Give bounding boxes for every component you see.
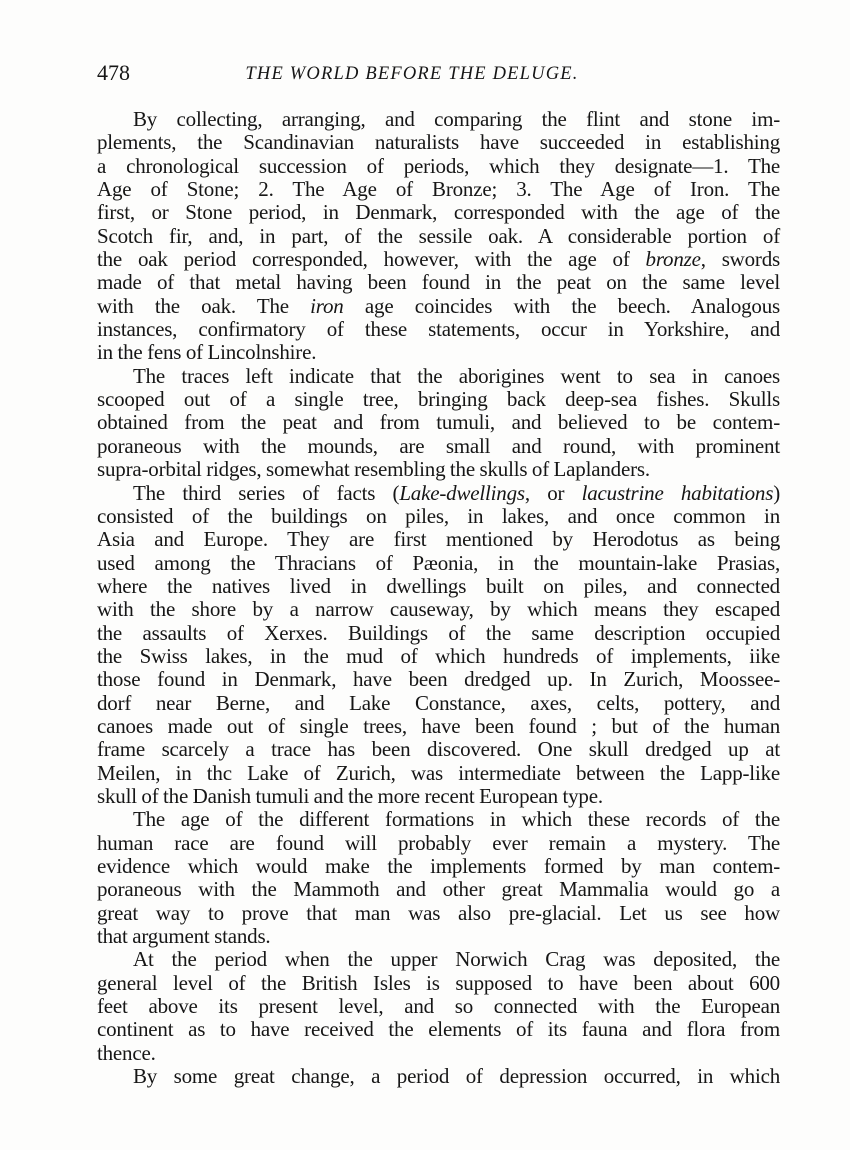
text-line: Scotch fir, and, in part, of the sessile… (97, 225, 780, 248)
text-line: Age of Stone; 2. The Age of Bronze; 3. T… (97, 178, 780, 201)
text-line: supra-orbital ridges, somewhat resemblin… (97, 458, 780, 481)
text-line: poraneous with the mounds, are small and… (97, 435, 780, 458)
text-line: with the shore by a narrow causeway, by … (97, 598, 780, 621)
text-line: skull of the Danish tumuli and the more … (97, 785, 780, 808)
italic-term: lacustrine habitations (582, 481, 774, 505)
running-head: 478 THE WORLD BEFORE THE DELUGE. (97, 58, 780, 88)
text-line: At the period when the upper Norwich Cra… (97, 948, 780, 971)
text-line: plements, the Scandinavian naturalists h… (97, 131, 780, 154)
text-line: the oak period corresponded, however, wi… (97, 248, 780, 271)
italic-term: bronze (646, 247, 701, 271)
text-line: frame scarcely a trace has been discover… (97, 738, 780, 761)
italic-term: Lake-dwellings (399, 481, 525, 505)
paragraph: The traces left indicate that the aborig… (97, 365, 780, 482)
text-line: instances, confirmatory of these stateme… (97, 318, 780, 341)
text-line: a chronological succession of periods, w… (97, 155, 780, 178)
text-line: thence. (97, 1042, 780, 1065)
text-line: those found in Denmark, have been dredge… (97, 668, 780, 691)
text-line: canoes made out of single trees, have be… (97, 715, 780, 738)
text-line: poraneous with the Mammoth and other gre… (97, 878, 780, 901)
paragraph: At the period when the upper Norwich Cra… (97, 948, 780, 1065)
text-line: general level of the British Isles is su… (97, 972, 780, 995)
paragraph: The third series of facts (Lake-dwelling… (97, 482, 780, 809)
text-line: where the natives lived in dwellings bui… (97, 575, 780, 598)
body-text: By collecting, arranging, and comparing … (97, 108, 780, 1088)
paragraph: By some great change, a period of depres… (97, 1065, 780, 1088)
text-line: evidence which would make the implements… (97, 855, 780, 878)
text-line: By collecting, arranging, and comparing … (97, 108, 780, 131)
text-line: Asia and Europe. They are first mentione… (97, 528, 780, 551)
text-line: scooped out of a single tree, bringing b… (97, 388, 780, 411)
text-line: in the fens of Lincolnshire. (97, 341, 780, 364)
text-line: consisted of the buildings on piles, in … (97, 505, 780, 528)
text-line: Meilen, in thc Lake of Zurich, was inter… (97, 762, 780, 785)
text-line: the assaults of Xerxes. Buildings of the… (97, 622, 780, 645)
text-line: with the oak. The iron age coincides wit… (97, 295, 780, 318)
text-line: obtained from the peat and from tumuli, … (97, 411, 780, 434)
text-line: human race are found will probably ever … (97, 832, 780, 855)
italic-term: iron (310, 294, 343, 318)
text-line: dorf near Berne, and Lake Constance, axe… (97, 692, 780, 715)
text-line: The traces left indicate that the aborig… (97, 365, 780, 388)
running-title: THE WORLD BEFORE THE DELUGE. (162, 60, 662, 88)
text-line: The age of the different formations in w… (97, 808, 780, 831)
text-line: used among the Thracians of Pæonia, in t… (97, 552, 780, 575)
text-line: feet above its present level, and so con… (97, 995, 780, 1018)
paragraph: By collecting, arranging, and comparing … (97, 108, 780, 365)
text-line: the Swiss lakes, in the mud of which hun… (97, 645, 780, 668)
text-line: that argument stands. (97, 925, 780, 948)
text-line: continent as to have received the elemen… (97, 1018, 780, 1041)
page-number: 478 (97, 58, 130, 88)
text-line: made of that metal having been found in … (97, 271, 780, 294)
book-page: 478 THE WORLD BEFORE THE DELUGE. By coll… (0, 0, 850, 1150)
text-line: great way to prove that man was also pre… (97, 902, 780, 925)
text-line: first, or Stone period, in Denmark, corr… (97, 201, 780, 224)
paragraph: The age of the different formations in w… (97, 808, 780, 948)
text-line: By some great change, a period of depres… (97, 1065, 780, 1088)
text-line: The third series of facts (Lake-dwelling… (97, 482, 780, 505)
